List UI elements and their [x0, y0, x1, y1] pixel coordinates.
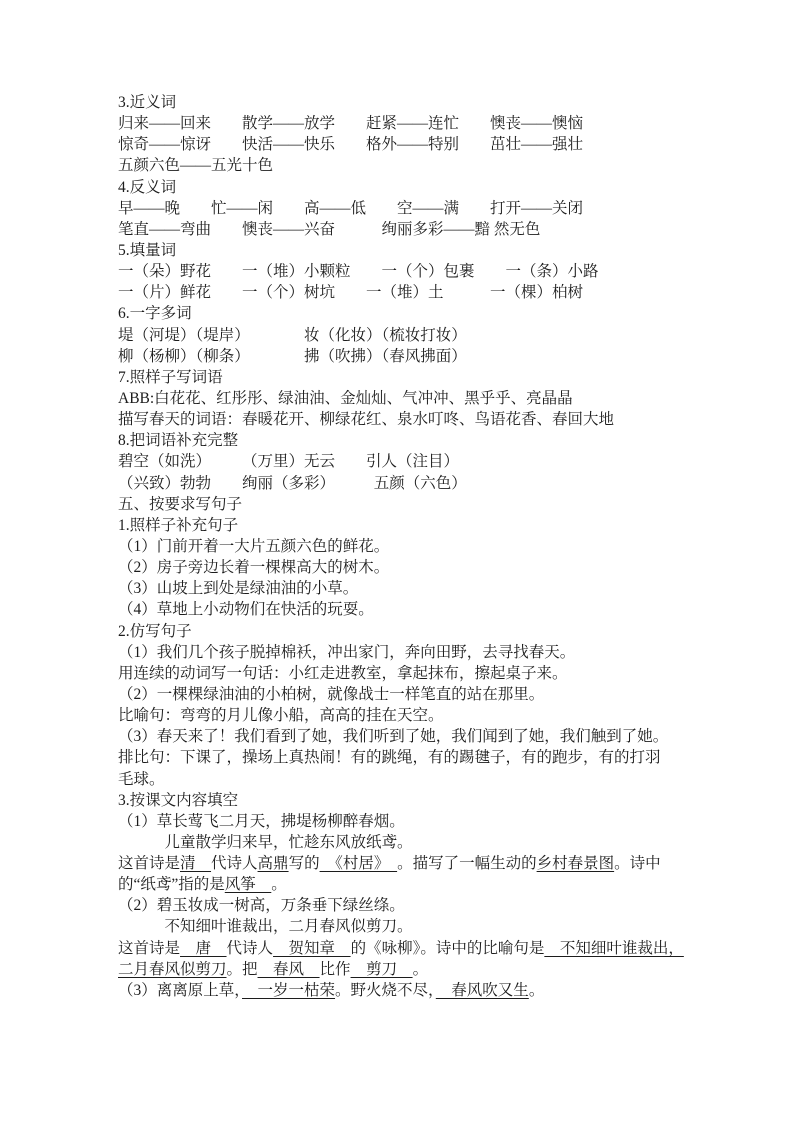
text-segment: 8.把词语补充完整: [118, 432, 238, 449]
text-line: 排比句：下课了，操场上真热闹！有的跳绳，有的踢毽子，有的跑步，有的打羽: [118, 747, 738, 768]
text-segment: 代诗人: [211, 855, 258, 872]
answer-underlined-text: 一岁一枯荣: [242, 982, 335, 999]
text-line: 3.近义词: [118, 92, 738, 113]
text-segment: （2）碧玉妆成一树高，万条垂下绿丝绦。: [118, 897, 405, 914]
text-line: 惊奇——惊讶 快活——快乐 格外——特别 茁壮——强壮: [118, 134, 738, 155]
answer-underlined-text: 唐: [180, 940, 227, 957]
text-line: 的“纸鸢”指的是风筝 。: [118, 874, 738, 895]
text-segment: 柳（杨柳）（柳条） 拂（吹拂）（春风拂面）: [118, 348, 467, 365]
text-segment: 比作: [320, 961, 351, 978]
text-segment: 碧空（如洗） （万里）无云 引人（注目）: [118, 453, 459, 470]
text-segment: 。: [413, 961, 429, 978]
document-page: 3.近义词归来——回来 散学——放学 赶紧——连忙 懊丧——懊恼惊奇——惊讶 快…: [0, 0, 793, 1122]
text-line: 柳（杨柳）（柳条） 拂（吹拂）（春风拂面）: [118, 346, 738, 367]
text-segment: 用连续的动词写一句话：小红走进教室，拿起抹布，擦起桌子来。: [118, 665, 568, 682]
text-segment: 7.照样子写词语: [118, 369, 223, 386]
text-segment: 的“纸鸢”指的是: [118, 876, 225, 893]
text-segment: 描写春天的词语：春暖花开、柳绿花红、泉水叮咚、鸟语花香、春回大地: [118, 411, 614, 428]
text-line: （1）门前开着一大片五颜六色的鲜花。: [118, 536, 738, 557]
text-line: 描写春天的词语：春暖花开、柳绿花红、泉水叮咚、鸟语花香、春回大地: [118, 409, 738, 430]
text-segment: 6.一字多词: [118, 305, 192, 322]
text-line: （3）山坡上到处是绿油油的小草。: [118, 578, 738, 599]
text-line: （2）房子旁边长着一棵棵高大的树木。: [118, 557, 738, 578]
text-segment: 归来——回来 散学——放学 赶紧——连忙 懊丧——懊恼: [118, 115, 583, 132]
text-segment: 。把: [227, 961, 258, 978]
text-line: （4）草地上小动物们在快活的玩耍。: [118, 599, 738, 620]
text-line: 7.照样子写词语: [118, 367, 738, 388]
text-segment: 。: [271, 876, 287, 893]
text-line: 不知细叶谁裁出，二月春风似剪刀。: [118, 916, 738, 937]
text-line: 早——晚 忙——闲 高——低 空——满 打开——关闭: [118, 198, 738, 219]
text-segment: 排比句：下课了，操场上真热闹！有的跳绳，有的踢毽子，有的跑步，有的打羽: [118, 749, 661, 766]
text-line: 二月春风似剪刀。把 春风 比作 剪刀 。: [118, 959, 738, 980]
text-segment: （3）春天来了！我们看到了她，我们听到了她，我们闻到了她，我们触到了她。: [118, 728, 668, 745]
text-line: 一（朵）野花 一（堆）小颗粒 一（个）包裹 一（条）小路: [118, 261, 738, 282]
text-line: （兴致）勃勃 绚丽（多彩） 五颜（六色）: [118, 473, 738, 494]
text-line: 五、按要求写句子: [118, 494, 738, 515]
text-segment: （1）我们几个孩子脱掉棉袄，冲出家门，奔向田野，去寻找春天。: [118, 644, 575, 661]
text-line: 儿童散学归来早，忙趁东风放纸鸢。: [118, 832, 738, 853]
text-line: 5.填量词: [118, 240, 738, 261]
text-line: 这首诗是 唐 代诗人 贺知章 的《咏柳》。诗中的比喻句是 不知细叶谁裁出，: [118, 938, 738, 959]
text-segment: （1）草长莺飞二月天，拂堤杨柳醉春烟。: [118, 813, 405, 830]
text-line: 3.按课文内容填空: [118, 790, 738, 811]
answer-underlined-text: 贺知章: [273, 940, 351, 957]
text-segment: 堤（河堤）（堤岸） 妆（化妆）（梳妆打妆）: [118, 327, 467, 344]
text-line: （2）一棵棵绿油油的小柏树，就像战士一样笔直的站在那里。: [118, 684, 738, 705]
text-line: 比喻句：弯弯的月儿像小船，高高的挂在天空。: [118, 705, 738, 726]
text-segment: 惊奇——惊讶 快活——快乐 格外——特别 茁壮——强壮: [118, 136, 583, 153]
text-segment: （3）山坡上到处是绿油油的小草。: [118, 580, 358, 597]
text-segment: 一（朵）野花 一（堆）小颗粒 一（个）包裹 一（条）小路: [118, 263, 599, 280]
text-segment: 。野火烧不尽，: [335, 982, 436, 999]
answer-underlined-text: 风筝: [225, 876, 272, 893]
text-segment: 1.照样子补充句子: [118, 517, 238, 534]
text-segment: 这首诗是: [118, 940, 180, 957]
text-segment: 这首诗是: [118, 855, 180, 872]
text-line: （3）春天来了！我们看到了她，我们听到了她，我们闻到了她，我们触到了她。: [118, 726, 738, 747]
text-segment: 五颜六色——五光十色: [118, 157, 273, 174]
text-segment: 。描写了一幅生动的: [397, 855, 537, 872]
text-line: （1）我们几个孩子脱掉棉袄，冲出家门，奔向田野，去寻找春天。: [118, 642, 738, 663]
text-line: （1）草长莺飞二月天，拂堤杨柳醉春烟。: [118, 811, 738, 832]
answer-underlined-text: 不知细叶谁裁出，: [544, 940, 684, 957]
answer-underlined-text: 春风: [258, 961, 320, 978]
text-line: 8.把词语补充完整: [118, 430, 738, 451]
text-line: 用连续的动词写一句话：小红走进教室，拿起抹布，擦起桌子来。: [118, 663, 738, 684]
text-segment: 笔直——弯曲 懊丧——兴奋 绚丽多彩——黯 然无色: [118, 221, 540, 238]
answer-underlined-text: 乡村春景图: [537, 855, 615, 872]
text-segment: 代诗人: [227, 940, 274, 957]
text-segment: 。: [529, 982, 545, 999]
text-line: 笔直——弯曲 懊丧——兴奋 绚丽多彩——黯 然无色: [118, 219, 738, 240]
text-segment: （2）一棵棵绿油油的小柏树，就像战士一样笔直的站在那里。: [118, 686, 544, 703]
text-line: 这首诗是清 代诗人高鼎写的 《村居》 。描写了一幅生动的乡村春景图。诗中: [118, 853, 738, 874]
answer-underlined-text: 清: [180, 855, 211, 872]
text-segment: 一（片）鲜花 一（个）树坑 一（堆）土 一（棵）柏树: [118, 284, 583, 301]
text-segment: 3.按课文内容填空: [118, 792, 238, 809]
answer-underlined-text: 剪刀: [351, 961, 413, 978]
text-line: 一（片）鲜花 一（个）树坑 一（堆）土 一（棵）柏树: [118, 282, 738, 303]
text-line: 2.仿写句子: [118, 621, 738, 642]
text-segment: 儿童散学归来早，忙趁东风放纸鸢。: [118, 834, 413, 851]
text-segment: 毛球。: [118, 771, 165, 788]
text-line: 归来——回来 散学——放学 赶紧——连忙 懊丧——懊恼: [118, 113, 738, 134]
answer-underlined-text: 高鼎: [258, 855, 289, 872]
text-segment: （兴致）勃勃 绚丽（多彩） 五颜（六色）: [118, 475, 467, 492]
answer-underlined-text: 春风吹又生: [436, 982, 529, 999]
text-segment: （2）房子旁边长着一棵棵高大的树木。: [118, 559, 389, 576]
text-line: （2）碧玉妆成一树高，万条垂下绿丝绦。: [118, 895, 738, 916]
text-line: ABB:白花花、红彤彤、绿油油、金灿灿、气冲冲、黑乎乎、亮晶晶: [118, 388, 738, 409]
text-line: （3）离离原上草， 一岁一枯荣。野火烧不尽， 春风吹又生。: [118, 980, 738, 1001]
text-segment: 五、按要求写句子: [118, 496, 242, 513]
text-segment: （1）门前开着一大片五颜六色的鲜花。: [118, 538, 389, 555]
text-segment: ABB:白花花、红彤彤、绿油油、金灿灿、气冲冲、黑乎乎、亮晶晶: [118, 390, 573, 407]
document-body: 3.近义词归来——回来 散学——放学 赶紧——连忙 懊丧——懊恼惊奇——惊讶 快…: [118, 92, 738, 1001]
text-line: 堤（河堤）（堤岸） 妆（化妆）（梳妆打妆）: [118, 325, 738, 346]
text-segment: 5.填量词: [118, 242, 176, 259]
text-segment: 。诗中: [614, 855, 661, 872]
text-segment: 写的: [289, 855, 320, 872]
text-segment: （4）草地上小动物们在快活的玩耍。: [118, 601, 374, 618]
text-segment: 4.反义词: [118, 179, 176, 196]
text-segment: 的《咏柳》。诗中的比喻句是: [351, 940, 545, 957]
text-segment: 3.近义词: [118, 94, 176, 111]
text-segment: 2.仿写句子: [118, 623, 192, 640]
text-line: 碧空（如洗） （万里）无云 引人（注目）: [118, 451, 738, 472]
text-line: 1.照样子补充句子: [118, 515, 738, 536]
text-line: 6.一字多词: [118, 303, 738, 324]
text-segment: 不知细叶谁裁出，二月春风似剪刀。: [118, 918, 413, 935]
text-segment: 比喻句：弯弯的月儿像小船，高高的挂在天空。: [118, 707, 444, 724]
answer-underlined-text: 《村居》: [320, 855, 398, 872]
answer-underlined-text: 二月春风似剪刀: [118, 961, 227, 978]
text-line: 毛球。: [118, 769, 738, 790]
text-line: 4.反义词: [118, 177, 738, 198]
text-segment: （3）离离原上草，: [118, 982, 242, 999]
text-line: 五颜六色——五光十色: [118, 155, 738, 176]
text-segment: 早——晚 忙——闲 高——低 空——满 打开——关闭: [118, 200, 583, 217]
